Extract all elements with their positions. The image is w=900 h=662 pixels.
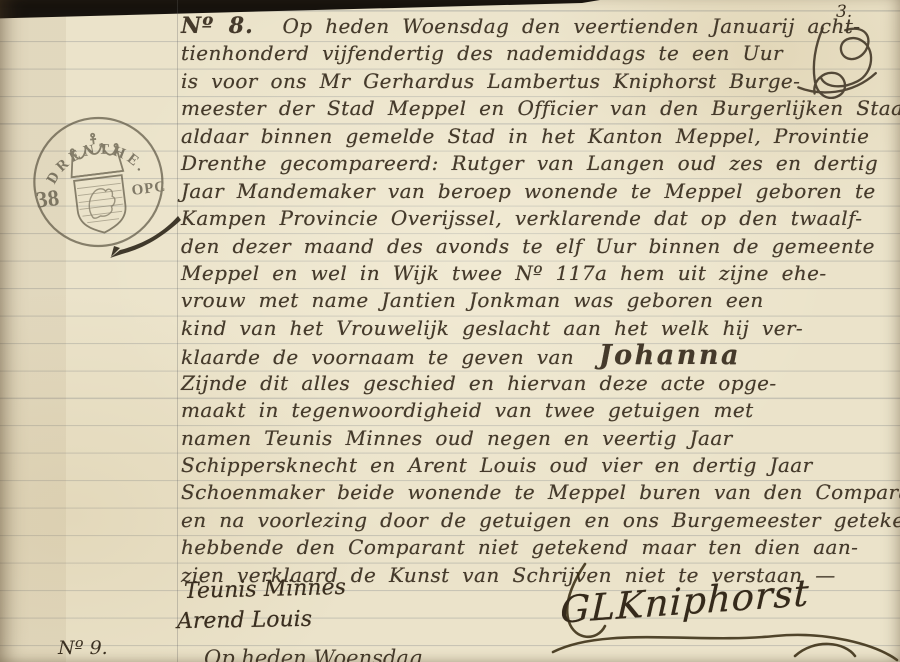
act-text-block: Nº 8. Op heden Woensdag den veertienden … [181, 13, 897, 589]
act-line: meester der Stad Meppel en Officier van … [181, 95, 897, 122]
act-line: tienhonderd vijfendertig des nademiddags… [181, 40, 897, 67]
witness-signature-1: Teunis Minnes [184, 575, 346, 604]
drenthe-tax-stamp: DRENTHE. 38 OPC [17, 96, 178, 262]
act-line: Drenthe gecompareerd: Rutger van Langen … [181, 150, 897, 177]
act-line: maakt in tegenwoordigheid van twee getui… [181, 397, 897, 424]
act-line: den dezer maand des avonds te elf Uur bi… [181, 233, 897, 260]
act-line: Schippersknecht en Arent Louis oud vier … [181, 452, 897, 479]
act-line: Nº 8. Op heden Woensdag den veertienden … [181, 13, 897, 40]
act-line: namen Teunis Minnes oud negen en veertig… [181, 425, 897, 452]
act-line: klaarde de voornaam te geven van Johanna [181, 342, 897, 369]
act-line: Kampen Provincie Overijssel, verklarende… [181, 205, 897, 232]
act-line: Meppel en wel in Wijk twee Nº 117a hem u… [181, 260, 897, 287]
act-line: Zijnde dit alles geschied en hiervan dez… [181, 370, 897, 397]
svg-text:DRENTHE.: DRENTHE. [40, 135, 151, 188]
margin-rule-line [177, 0, 178, 662]
next-record-partial-text: Op heden Woensdag [204, 646, 422, 662]
act-line: en na voorlezing door de getuigen en ons… [181, 507, 897, 534]
act-line: vrouw met name Jantien Jonkman was gebor… [181, 287, 897, 314]
act-line: Jaar Mandemaker van beroep wonende te Me… [181, 178, 897, 205]
stamp-region-text: DRENTHE. [40, 135, 151, 188]
stamp-shield-icon [74, 175, 128, 235]
act-line: kind van het Vrouwelijk geslacht aan het… [181, 315, 897, 342]
child-name: Johanna [599, 340, 741, 371]
act-line: Schoenmaker beide wonende te Meppel bure… [181, 479, 897, 506]
next-record-number: Nº 9. [58, 637, 108, 659]
act-line: hebbende den Comparant niet getekend maa… [181, 534, 897, 561]
record-number: Nº 8. [181, 13, 254, 39]
act-line-text: Op heden Woensdag den veertienden Januar… [283, 14, 861, 38]
act-line-text: klaarde de voornaam te geven van [181, 345, 574, 369]
act-line: aldaar binnen gemelde Stad in het Kanton… [181, 123, 897, 150]
act-line: is voor ons Mr Gerhardus Lambertus Kniph… [181, 68, 897, 95]
witness-signature-2: Arend Louis [177, 607, 312, 634]
stamp-value-left: 38 [35, 185, 61, 213]
